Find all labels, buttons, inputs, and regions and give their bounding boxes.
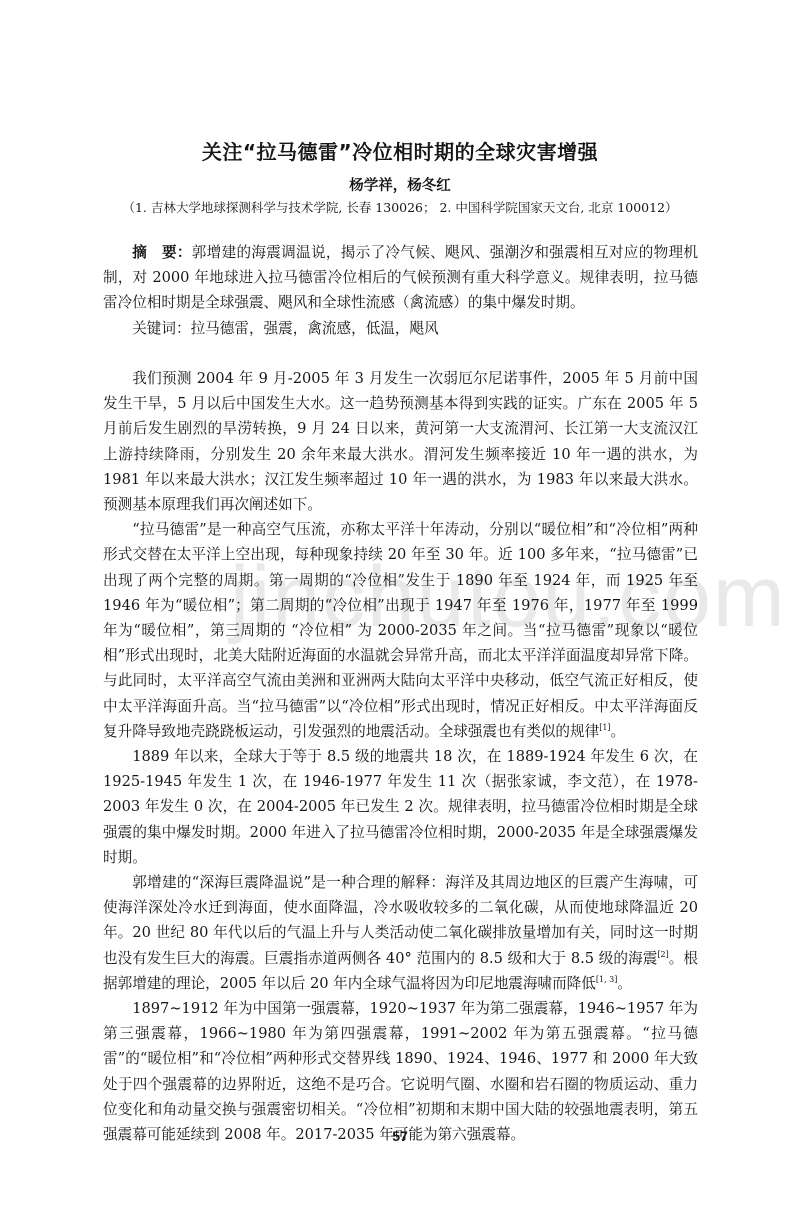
paragraph-text: 1897~1912 年为中国第一强震幕，1920~1937 年为第二强震幕，19… <box>103 1000 698 1143</box>
citation-ref: [1, 3] <box>596 975 618 984</box>
abstract-label: 摘 要： <box>132 244 192 261</box>
paper-title: 关注“拉马德雷”冷位相时期的全球灾害增强 <box>0 136 800 165</box>
abstract-section: 摘 要：郭增建的海震调温说，揭示了冷气候、飓风、强潮汐和强震相互对应的物理机制，… <box>103 240 698 341</box>
citation-ref: [2] <box>657 950 668 959</box>
document-page: jinchutou.com 关注“拉马德雷”冷位相时期的全球灾害增强 杨学祥，杨… <box>0 0 800 1209</box>
paragraph-text: 我们预测 2004 年 9 月-2005 年 3 月发生一次弱厄尔尼诺事件，20… <box>103 370 698 513</box>
paragraph-text: 郭增建的“深海巨震降温说”是一种合理的解释：海洋及其周边地区的巨震产生海啸，可使… <box>103 874 698 967</box>
body-paragraph-5: 1897~1912 年为中国第一强震幕，1920~1937 年为第二强震幕，19… <box>103 996 698 1147</box>
paragraph-tail: 。 <box>617 975 632 992</box>
paragraph-text: “拉马德雷”是一种高空气压流，亦称太平洋十年涛动，分别以“暖位相”和“冷位相”两… <box>103 521 698 740</box>
keywords-text: 拉马德雷，强震，禽流感，低温，飓风 <box>191 320 439 337</box>
citation-ref: [1] <box>599 723 610 732</box>
body-paragraph-4: 郭增建的“深海巨震降温说”是一种合理的解释：海洋及其周边地区的巨震产生海啸，可使… <box>103 870 698 996</box>
body-paragraph-1: 我们预测 2004 年 9 月-2005 年 3 月发生一次弱厄尔尼诺事件，20… <box>103 366 698 517</box>
main-body: 我们预测 2004 年 9 月-2005 年 3 月发生一次弱厄尔尼诺事件，20… <box>103 366 698 1147</box>
body-paragraph-2: “拉马德雷”是一种高空气压流，亦称太平洋十年涛动，分别以“暖位相”和“冷位相”两… <box>103 517 698 744</box>
paper-affiliation: （1. 吉林大学地球探测科学与技术学院, 长春 130026； 2. 中国科学院… <box>0 198 800 216</box>
page-number: 57 <box>0 1128 800 1144</box>
keywords-line: 关键词：拉马德雷，强震，禽流感，低温，飓风 <box>103 316 698 341</box>
body-paragraph-3: 1889 年以来，全球大于等于 8.5 级的地震共 18 次，在 1889-19… <box>103 744 698 870</box>
abstract-text: 郭增建的海震调温说，揭示了冷气候、飓风、强潮汐和强震相互对应的物理机制，对 20… <box>103 244 698 311</box>
abstract-paragraph: 摘 要：郭增建的海震调温说，揭示了冷气候、飓风、强潮汐和强震相互对应的物理机制，… <box>103 240 698 316</box>
paper-authors: 杨学祥，杨冬红 <box>0 174 800 195</box>
paragraph-text: 1889 年以来，全球大于等于 8.5 级的地震共 18 次，在 1889-19… <box>103 748 698 866</box>
paragraph-tail: 。 <box>611 723 626 740</box>
keywords-label: 关键词： <box>132 320 190 337</box>
